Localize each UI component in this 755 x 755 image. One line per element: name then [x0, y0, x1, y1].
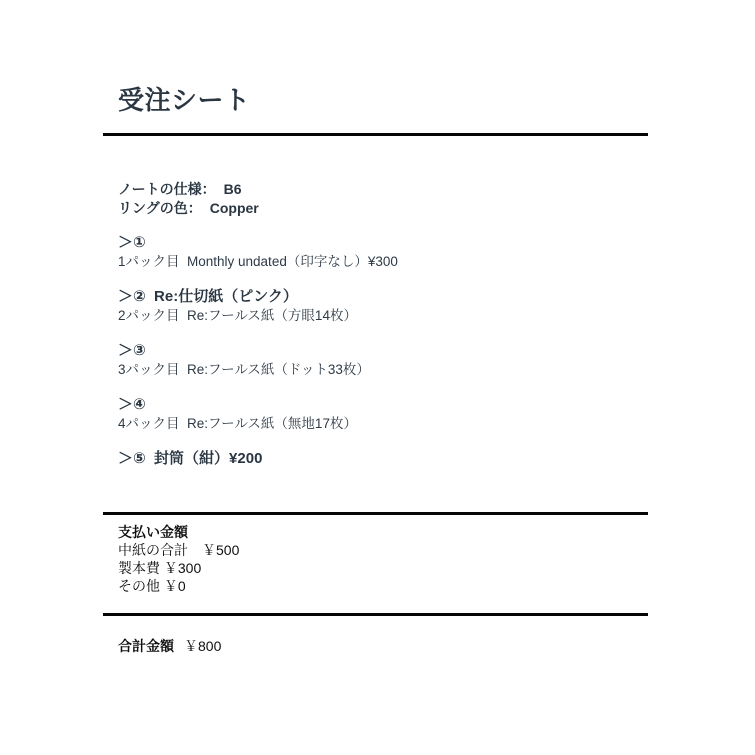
page-title: 受注シート [118, 84, 251, 116]
total-value: ￥800 [184, 638, 221, 654]
order-items-list: ＞① 1パック目 Monthly undated（印字なし）¥300 ＞② Re… [118, 233, 398, 468]
item-4-detail: 4パック目 Re:フールス紙（無地17枚） [118, 414, 398, 433]
total-divider [103, 613, 648, 616]
order-item-1: ＞① 1パック目 Monthly undated（印字なし）¥300 [118, 233, 398, 271]
header-divider [103, 133, 648, 136]
item-4-heading: ＞④ [118, 395, 398, 414]
item-5-heading: ＞⑤ 封筒（紺）¥200 [118, 449, 398, 468]
spec-notebook-size: ノートの仕様：B6 [118, 180, 259, 199]
payment-block: 支払い金額 中紙の合計 ￥500 製本費 ￥300 その他 ￥0 [118, 523, 239, 595]
order-item-3: ＞③ 3パック目 Re:フールス紙（ドット33枚） [118, 341, 398, 379]
spec-ring-label: リングの色： [118, 200, 202, 216]
spec-notebook-label: ノートの仕様： [118, 181, 216, 197]
payment-row-other: その他 ￥0 [118, 577, 239, 595]
spec-ring-color: リングの色：Copper [118, 199, 259, 218]
spec-ring-value: Copper [210, 200, 259, 216]
item-2-heading: ＞② Re:仕切紙（ピンク） [118, 287, 398, 306]
payment-divider [103, 512, 648, 515]
item-3-detail: 3パック目 Re:フールス紙（ドット33枚） [118, 360, 398, 379]
order-item-5: ＞⑤ 封筒（紺）¥200 [118, 449, 398, 468]
total-label: 合計金額 [118, 638, 174, 654]
specs-block: ノートの仕様：B6 リングの色：Copper [118, 180, 259, 218]
order-item-2: ＞② Re:仕切紙（ピンク） 2パック目 Re:フールス紙（方眼14枚） [118, 287, 398, 325]
item-3-heading: ＞③ [118, 341, 398, 360]
payment-row-paper-total: 中紙の合計 ￥500 [118, 541, 239, 559]
item-1-heading: ＞① [118, 233, 398, 252]
item-1-detail: 1パック目 Monthly undated（印字なし）¥300 [118, 252, 398, 271]
total-row: 合計金額￥800 [118, 637, 221, 655]
payment-heading: 支払い金額 [118, 523, 239, 541]
order-item-4: ＞④ 4パック目 Re:フールス紙（無地17枚） [118, 395, 398, 433]
order-sheet-document: 受注シート ノートの仕様：B6 リングの色：Copper ＞① 1パック目 Mo… [0, 0, 755, 755]
payment-row-binding-fee: 製本費 ￥300 [118, 559, 239, 577]
item-2-detail: 2パック目 Re:フールス紙（方眼14枚） [118, 306, 398, 325]
spec-notebook-value: B6 [224, 181, 242, 197]
